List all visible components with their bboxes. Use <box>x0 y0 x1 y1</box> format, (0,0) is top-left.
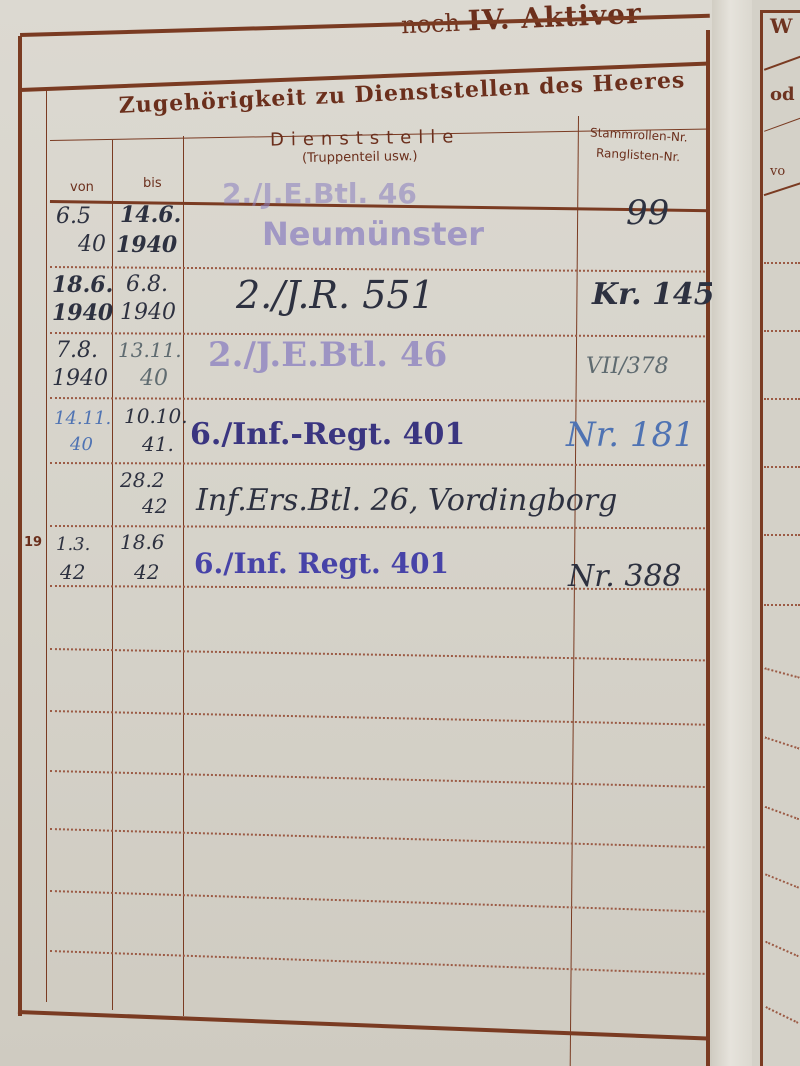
column-header-truppenteil: (Truppenteil usw.) <box>302 149 418 166</box>
entry-3-unit-stamp: 2./J.E.Btl. 46 <box>208 338 447 372</box>
entry-4-bis-date: 10.10. <box>124 406 188 426</box>
column-header-dienststelle: Dienststelle <box>270 126 461 150</box>
frame-inner-left <box>46 90 47 1002</box>
column-header-bis: bis <box>143 176 162 191</box>
facing-dots <box>764 330 800 332</box>
entry-1-von-year: 40 <box>78 234 106 256</box>
entry-3-von-year: 1940 <box>52 368 108 390</box>
frame-left <box>18 36 22 1016</box>
frame-bottom-rule <box>18 1010 708 1040</box>
row-separator <box>50 828 705 848</box>
entry-6-von-date: 1.3. <box>56 536 90 554</box>
entry-1-location-stamp: Neumünster <box>262 218 484 250</box>
column-header-von: von <box>70 180 94 195</box>
facing-sub-fragment: od <box>770 84 795 105</box>
facing-col-fragment: vo <box>770 164 785 179</box>
entry-5-bis-date: 28.2 <box>120 470 165 490</box>
entry-2-unit: 2./J.R. 551 <box>236 276 435 314</box>
col-divider-von <box>112 140 113 1010</box>
row-separator <box>50 648 705 661</box>
facing-dots <box>764 534 800 536</box>
row-marker: 19 <box>24 535 42 550</box>
entry-4-von-year: 40 <box>70 436 93 454</box>
entry-6-unit-stamp: 6./Inf. Regt. 401 <box>194 550 449 578</box>
entry-4-von-date: 14.11. <box>54 410 111 428</box>
frame-right <box>706 30 710 1066</box>
entry-6-bis-date: 18.6 <box>120 532 165 552</box>
entry-1-bis-date: 14.6. <box>120 204 181 226</box>
row-separator <box>50 462 705 466</box>
facing-dots <box>764 398 800 400</box>
column-header-ranglisten: Ranglisten-Nr. <box>596 146 681 164</box>
facing-dots <box>764 262 800 264</box>
entry-1-number: 99 <box>626 196 669 230</box>
row-separator <box>50 890 705 913</box>
facing-dots <box>764 604 800 606</box>
row-separator <box>50 770 705 788</box>
facing-dots <box>764 466 800 468</box>
entry-3-von-date: 7.8. <box>56 340 98 362</box>
entry-4-number: Nr. 181 <box>566 418 695 452</box>
row-separator <box>50 397 705 402</box>
row-separator <box>50 950 705 975</box>
entry-4-unit-stamp: 6./Inf.-Regt. 401 <box>190 420 465 450</box>
entry-6-von-year: 42 <box>60 562 85 582</box>
entry-2-von-date: 18.6. <box>52 274 113 296</box>
facing-header-fragment: W <box>770 14 792 38</box>
entry-1-von-date: 6.5 <box>56 206 91 228</box>
entry-5-unit: Inf.Ers.Btl. 26, Vordingborg <box>196 486 617 516</box>
row-separator <box>50 710 705 726</box>
entry-1-unit-stamp: 2./J.E.Btl. 46 <box>222 180 417 208</box>
entry-3-number: VII/378 <box>586 356 669 378</box>
entry-1-bis-year: 1940 <box>116 234 177 256</box>
document-page: nochIV. Aktiver Zugehörigkeit zu Diensts… <box>0 0 738 1066</box>
row-separator <box>50 525 705 529</box>
entry-2-number: Kr. 145 <box>592 280 715 310</box>
entry-2-bis-year: 1940 <box>120 302 176 324</box>
entry-3-bis-date: 13.11. <box>118 340 182 360</box>
entry-6-bis-year: 42 <box>134 562 159 582</box>
entry-4-bis-year: 41. <box>142 434 174 454</box>
entry-6-number: Nr. 388 <box>568 562 682 592</box>
entry-2-von-year: 1940 <box>52 302 113 324</box>
entry-2-bis-date: 6.8. <box>126 274 168 296</box>
entry-5-bis-year: 42 <box>142 496 167 516</box>
entry-3-bis-year: 40 <box>140 368 168 390</box>
